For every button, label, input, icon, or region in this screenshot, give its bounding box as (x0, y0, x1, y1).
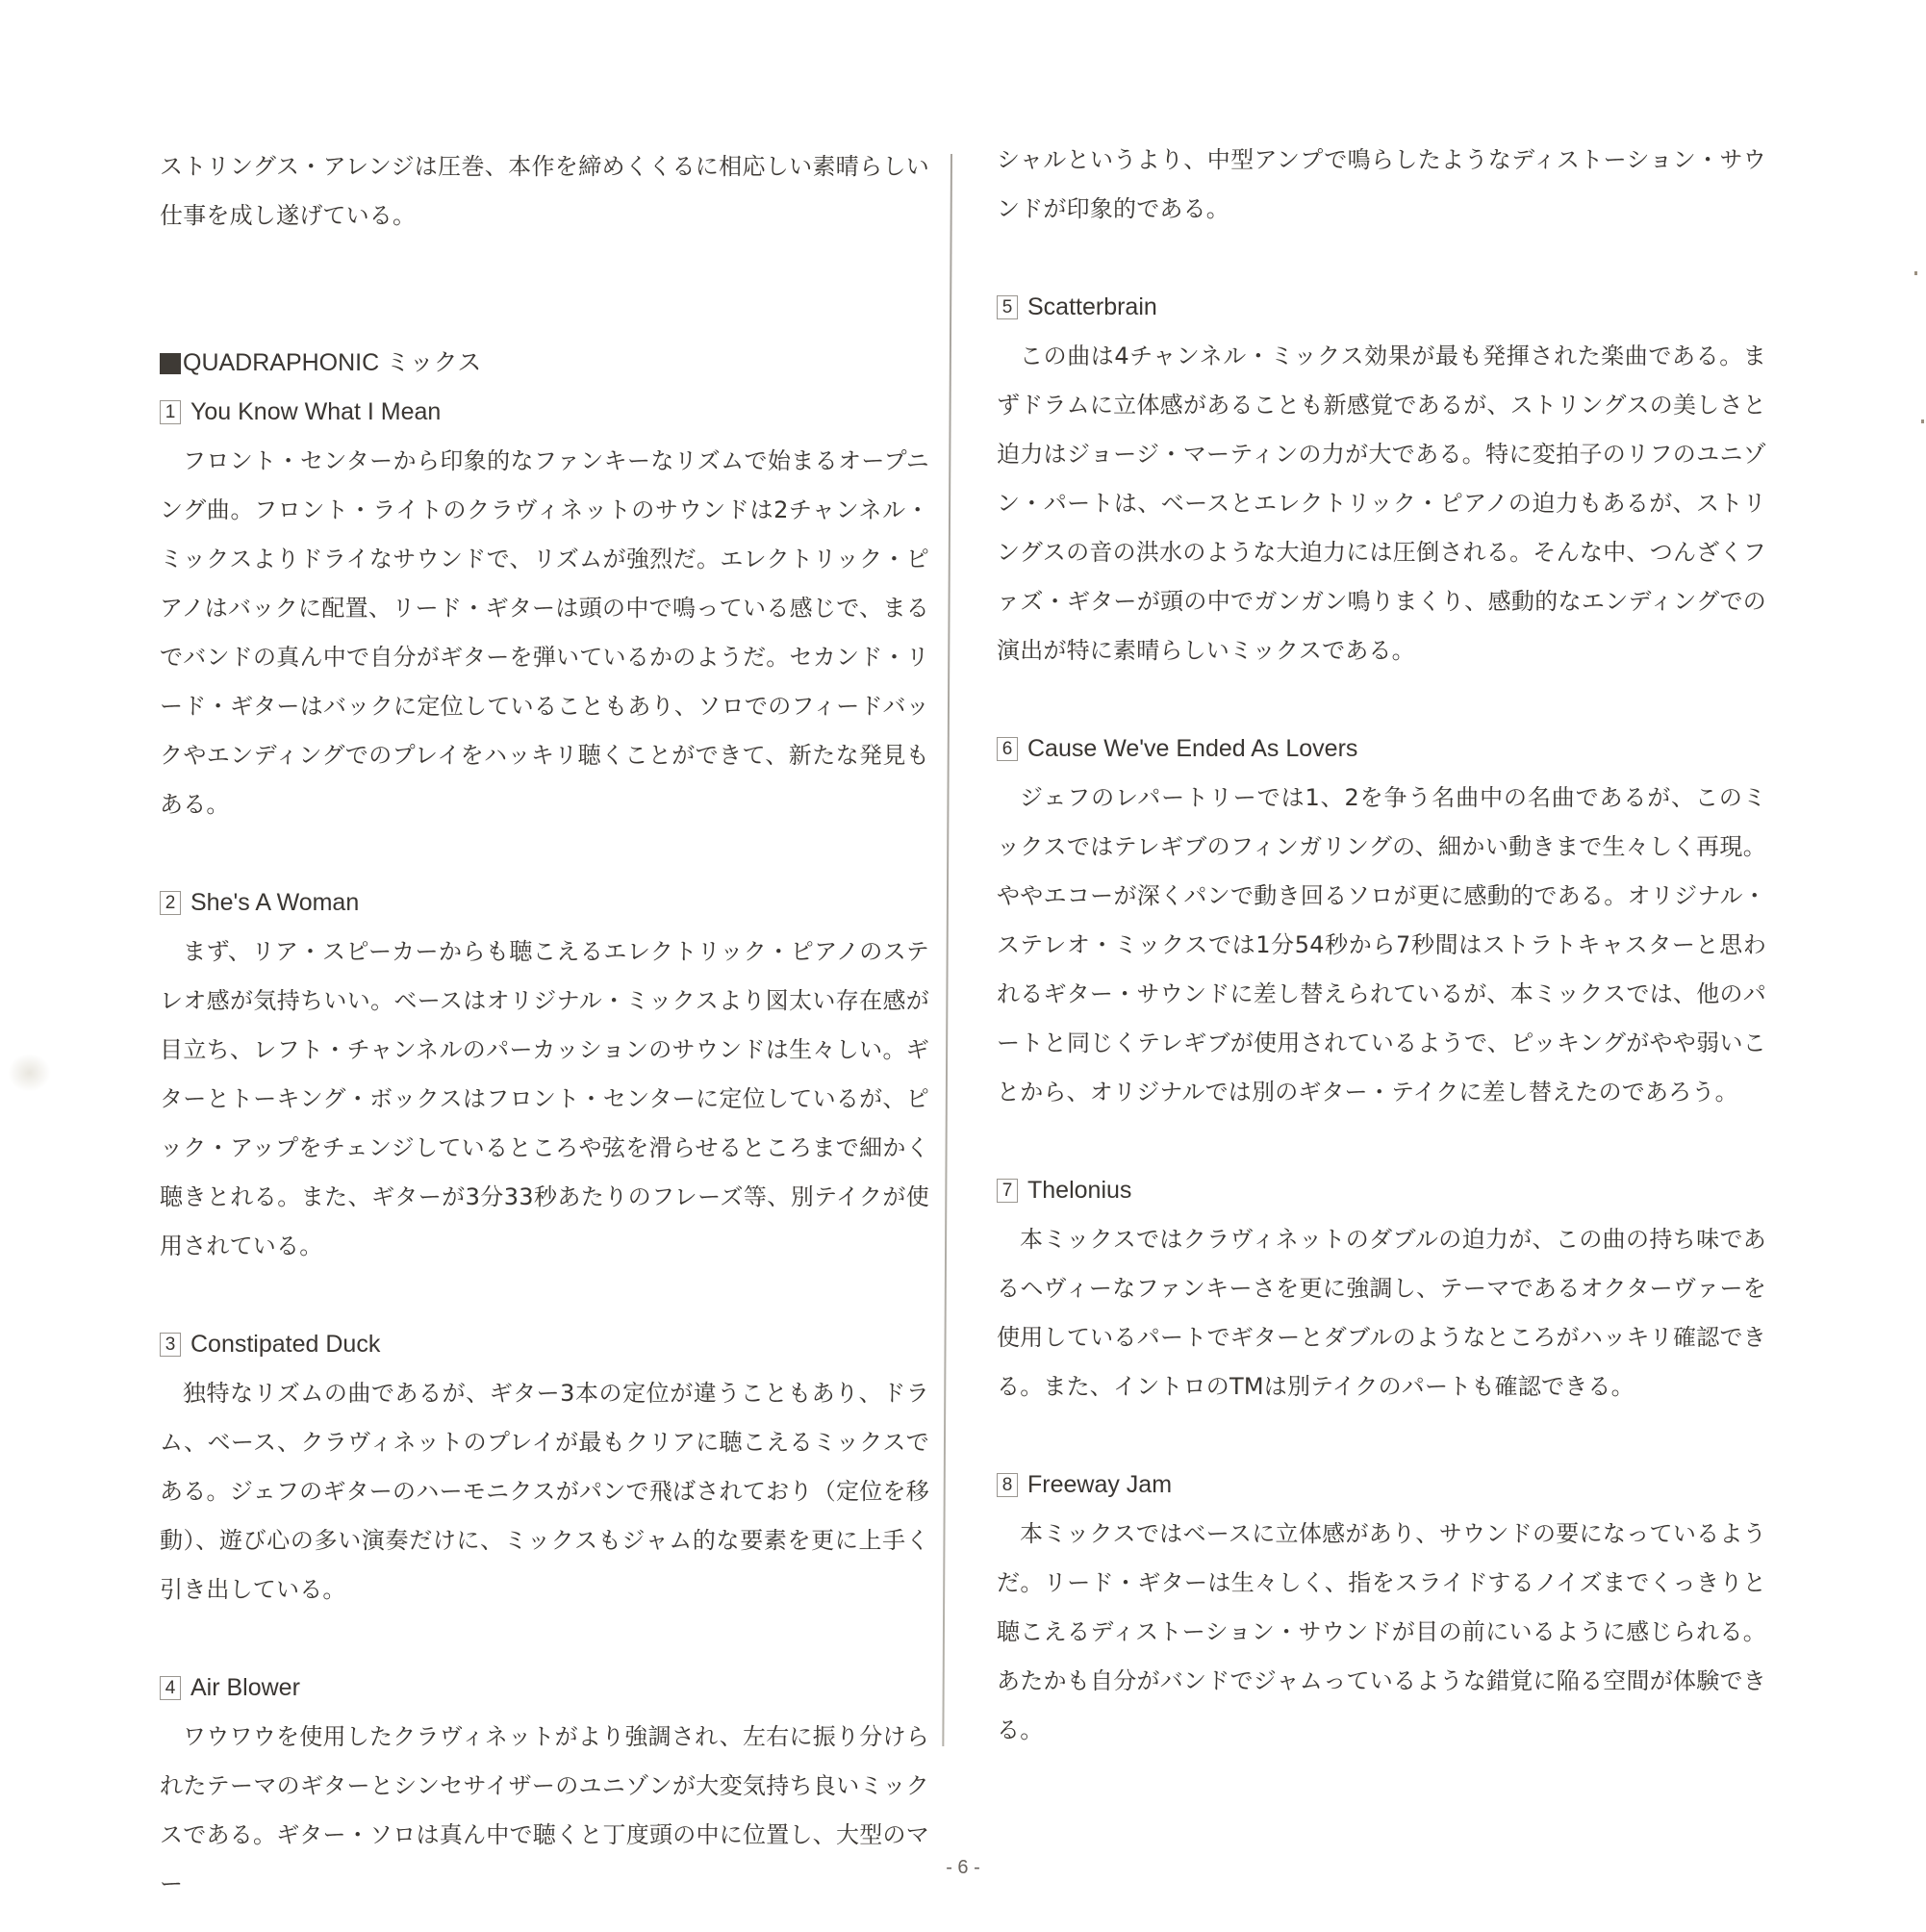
continuation-text: ストリングス・アレンジは圧巻、本作を締めくくるに相応しい素晴らしい仕事を成し遂げ… (160, 142, 929, 241)
track-title: Constipated Duck (190, 1320, 380, 1369)
track-number-box: 2 (160, 891, 181, 915)
section-title-text: QUADRAPHONIC ミックス (183, 339, 481, 388)
track-description: 独特なリズムの曲であるが、ギター3本の定位が違うこともあり、ドラム、ベース、クラ… (160, 1369, 929, 1614)
section-title: QUADRAPHONIC ミックス (160, 339, 929, 388)
page-number: - 6 - (0, 1857, 1926, 1879)
track-entry: 7 Thelonius 本ミックスではクラヴィネットのダブルの迫力が、この曲の持… (997, 1166, 1766, 1411)
track-description: ジェフのレパートリーでは1、2を争う名曲中の名曲であるが、このミックスではテレギ… (997, 774, 1766, 1117)
track-number-box: 5 (997, 295, 1018, 319)
continuation-text: シャルというより、中型アンプで鳴らしたようなディストーション・サウンドが印象的で… (997, 136, 1766, 234)
track-heading: 4 Air Blower (160, 1664, 929, 1713)
paper-smudge (8, 1054, 51, 1092)
track-number-box: 6 (997, 737, 1018, 761)
track-heading: 8 Freeway Jam (997, 1461, 1766, 1510)
left-column: ストリングス・アレンジは圧巻、本作を締めくくるに相応しい素晴らしい仕事を成し遂げ… (160, 142, 929, 1909)
track-number-box: 1 (160, 400, 181, 424)
black-square-icon (160, 353, 181, 374)
track-number-box: 4 (160, 1676, 181, 1700)
track-heading: 6 Cause We've Ended As Lovers (997, 724, 1766, 774)
column-divider (942, 154, 952, 1746)
track-title: Scatterbrain (1027, 283, 1157, 332)
track-title: Cause We've Ended As Lovers (1027, 724, 1357, 774)
track-entry: 5 Scatterbrain この曲は4チャンネル・ミックス効果が最も発揮された… (997, 283, 1766, 675)
document-page: ストリングス・アレンジは圧巻、本作を締めくくるに相応しい素晴らしい仕事を成し遂げ… (0, 0, 1926, 1932)
edge-mark (1914, 271, 1917, 275)
track-entry: 3 Constipated Duck 独特なリズムの曲であるが、ギター3本の定位… (160, 1320, 929, 1614)
track-title: You Know What I Mean (190, 388, 441, 437)
track-heading: 2 She's A Woman (160, 878, 929, 928)
track-entry: 8 Freeway Jam 本ミックスではベースに立体感があり、サウンドの要にな… (997, 1461, 1766, 1755)
track-title: She's A Woman (190, 878, 359, 928)
track-heading: 1 You Know What I Mean (160, 388, 929, 437)
track-title: Thelonius (1027, 1166, 1131, 1215)
track-title: Freeway Jam (1027, 1461, 1172, 1510)
right-column: シャルというより、中型アンプで鳴らしたようなディストーション・サウンドが印象的で… (997, 136, 1766, 1755)
track-description: この曲は4チャンネル・ミックス効果が最も発揮された楽曲である。まずドラムに立体感… (997, 332, 1766, 675)
track-heading: 3 Constipated Duck (160, 1320, 929, 1369)
track-heading: 7 Thelonius (997, 1166, 1766, 1215)
edge-mark (1921, 419, 1924, 423)
track-entry: 6 Cause We've Ended As Lovers ジェフのレパートリー… (997, 724, 1766, 1117)
track-description: 本ミックスではクラヴィネットのダブルの迫力が、この曲の持ち味であるヘヴィーなファ… (997, 1215, 1766, 1411)
track-number-box: 7 (997, 1179, 1018, 1203)
track-description: ワウワウを使用したクラヴィネットがより強調され、左右に振り分けられたテーマのギタ… (160, 1713, 929, 1909)
track-description: まず、リア・スピーカーからも聴こえるエレクトリック・ピアノのステレオ感が気持ちい… (160, 928, 929, 1271)
track-number-box: 8 (997, 1473, 1018, 1497)
track-description: 本ミックスではベースに立体感があり、サウンドの要になっているようだ。リード・ギタ… (997, 1510, 1766, 1755)
track-number-box: 3 (160, 1333, 181, 1357)
track-entry: 1 You Know What I Mean フロント・センターから印象的なファ… (160, 388, 929, 829)
track-title: Air Blower (190, 1664, 300, 1713)
track-heading: 5 Scatterbrain (997, 283, 1766, 332)
track-entry: 2 She's A Woman まず、リア・スピーカーからも聴こえるエレクトリッ… (160, 878, 929, 1271)
track-description: フロント・センターから印象的なファンキーなリズムで始まるオープニング曲。フロント… (160, 437, 929, 829)
